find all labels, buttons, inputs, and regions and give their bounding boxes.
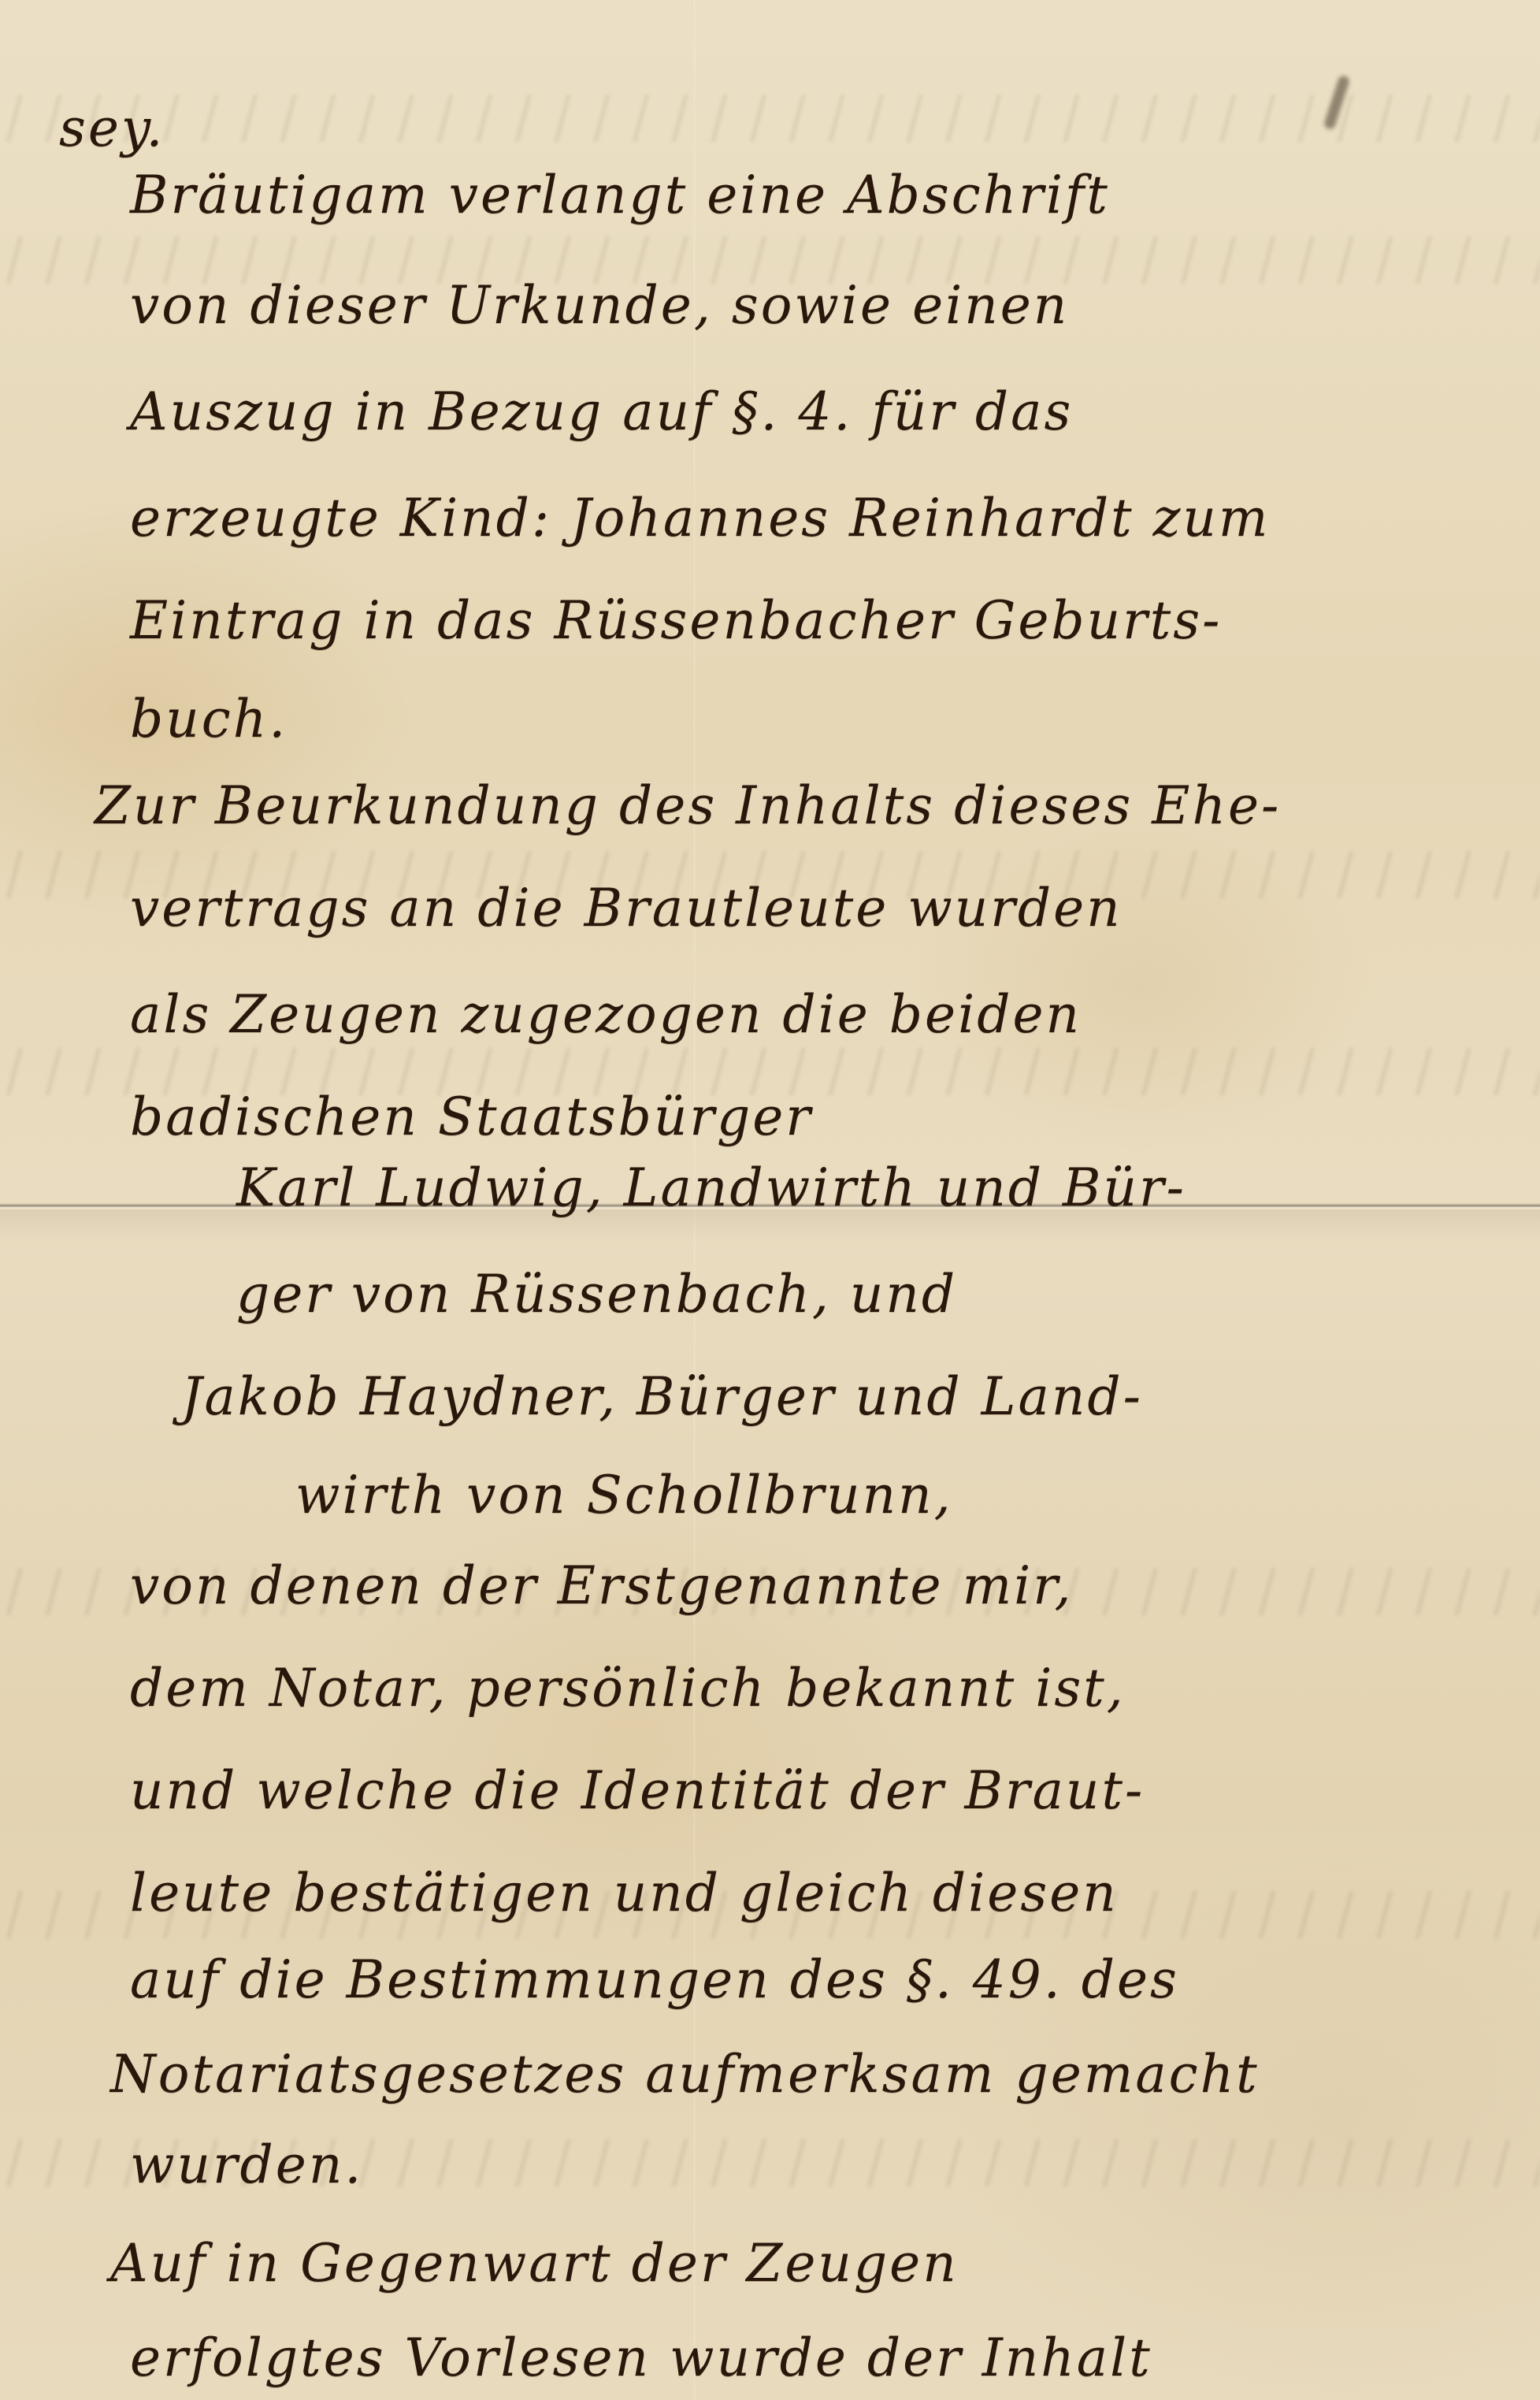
handwritten-line: dem Notar, persönlich bekannt ist, — [130, 1663, 1126, 1715]
handwritten-line: vertrags an die Brautleute wurden — [130, 882, 1123, 934]
handwritten-line: Jakob Haydner, Bürger und Land- — [181, 1371, 1143, 1423]
handwritten-line: Karl Ludwig, Landwirth und Bür- — [236, 1162, 1186, 1214]
handwritten-line: wurden. — [130, 2139, 363, 2191]
handwritten-line: als Zeugen zugezogen die beiden — [130, 989, 1082, 1041]
handwritten-line: erzeugte Kind: Johannes Reinhardt zum — [130, 492, 1271, 544]
handwritten-line: ger von Rüssenbach, und — [236, 1269, 957, 1321]
handwritten-line: sey. — [59, 102, 165, 154]
handwritten-line: und welche die Identität der Braut- — [130, 1765, 1145, 1817]
handwritten-line: von dieser Urkunde, sowie einen — [130, 280, 1069, 332]
document-page: sey. Bräutigam verlangt eine Abschrift v… — [0, 0, 1540, 2400]
handwritten-line: Auszug in Bezug auf §. 4. für das — [130, 386, 1073, 438]
handwritten-line: auf die Bestimmungen des §. 49. des — [130, 1954, 1179, 2006]
bleed-through-line — [0, 95, 1540, 142]
handwritten-line: Eintrag in das Rüssenbacher Geburts- — [130, 595, 1222, 647]
handwritten-line: Zur Beurkundung des Inhalts dieses Ehe- — [95, 780, 1281, 832]
handwritten-line: Bräutigam verlangt eine Abschrift — [130, 169, 1110, 221]
handwritten-line: erfolgtes Vorlesen wurde der Inhalt — [130, 2332, 1152, 2384]
handwritten-line: von denen der Erstgenannte mir, — [130, 1560, 1074, 1612]
handwritten-line: wirth von Schollbrunn, — [295, 1469, 953, 1521]
handwritten-line: Auf in Gegenwart der Zeugen — [110, 2238, 959, 2290]
handwritten-line: badischen Staatsbürger — [130, 1091, 813, 1143]
handwritten-line: buch. — [130, 693, 288, 745]
handwritten-line: Notariatsgesetzes aufmerksam gemacht — [110, 2049, 1260, 2101]
handwritten-line: leute bestätigen und gleich diesen — [130, 1867, 1119, 1919]
